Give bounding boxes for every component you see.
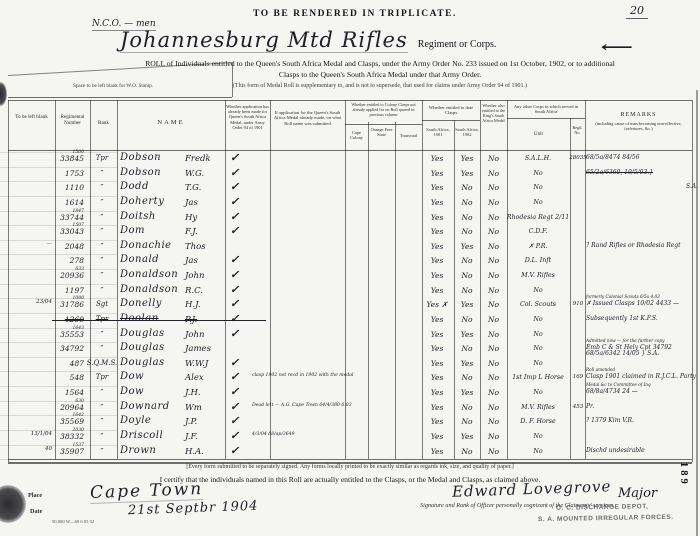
col-unit: Unit bbox=[507, 132, 570, 138]
row-guide-line bbox=[0, 415, 117, 416]
discharge-stamp-line1: O. C. DISCHARGE DEPOT, bbox=[556, 503, 648, 512]
row-guide-line bbox=[0, 430, 117, 431]
row-check: ✓ bbox=[230, 313, 248, 325]
row-sa02: No bbox=[454, 272, 480, 280]
roll-row: 1564″DowJ.H.✓YesYesNoNo68/8a/4734 24 —Me… bbox=[8, 386, 692, 401]
row-num: 548 bbox=[40, 374, 84, 382]
row-remarks2: Medal &c to Committee of Inq bbox=[586, 383, 698, 387]
row-sa01: Yes bbox=[420, 155, 454, 163]
row-remarks: S.A. bbox=[586, 184, 698, 190]
row-check: ✓ bbox=[230, 298, 248, 310]
signature-rank: Major bbox=[618, 486, 657, 501]
row-unit: No bbox=[505, 288, 571, 295]
row-surname: Dodd bbox=[120, 182, 190, 193]
col-if-app: If application for the Queen's South Afr… bbox=[272, 110, 343, 126]
row-num: 20936 bbox=[40, 272, 84, 280]
row-sa02: No bbox=[454, 418, 480, 426]
grid-vline bbox=[454, 120, 455, 459]
row-ksa: No bbox=[480, 155, 507, 163]
row-guide-line bbox=[0, 152, 117, 153]
row-check: ✓ bbox=[230, 211, 248, 223]
row-check: ✓ bbox=[230, 445, 248, 457]
row-surname: Donaldson bbox=[120, 285, 190, 296]
row-ksa: No bbox=[480, 418, 507, 426]
grid-vline bbox=[8, 100, 9, 462]
row-surname: Donelly bbox=[120, 299, 190, 310]
row-ksa: No bbox=[480, 433, 507, 441]
row-num: 38332 bbox=[40, 433, 84, 441]
row-unit: No bbox=[505, 332, 571, 339]
col-transvaal: Transvaal bbox=[395, 133, 422, 138]
row-guide-line bbox=[0, 459, 117, 460]
row-num: 20964 bbox=[40, 404, 84, 412]
row-ksa: No bbox=[480, 389, 507, 397]
grid-vline bbox=[395, 122, 396, 459]
grid-hline bbox=[345, 124, 422, 125]
col-blank: To be left blank bbox=[8, 114, 55, 120]
row-surname: Douglas bbox=[120, 358, 190, 369]
row-sa01: Yes bbox=[420, 418, 454, 426]
row-sa02: Yes bbox=[454, 433, 480, 441]
col-reg-no: Regimental Number bbox=[55, 114, 90, 126]
col-name: NAME bbox=[117, 119, 225, 127]
roll-row: 150033845TprDobsonFredk✓YesYesNoS.A.L.H.… bbox=[8, 152, 692, 167]
grid-vline bbox=[55, 100, 56, 459]
row-sa02: Yes bbox=[454, 155, 480, 163]
roll-row: 13/1/04203038332″DriscollJ.F.✓4/3/04 68/… bbox=[8, 430, 692, 445]
row-remarks2: Roll amended bbox=[586, 368, 698, 372]
roll-row: 164235569″DoyleJ.P.✓YesNoNoD. F. Horse? … bbox=[8, 415, 692, 430]
page-right-edge bbox=[696, 90, 698, 536]
row-sa01: Yes bbox=[420, 257, 454, 265]
row-guide-line bbox=[0, 269, 117, 270]
row-ksa: No bbox=[480, 243, 507, 251]
row-sa02: Yes bbox=[454, 360, 480, 368]
roll-row: 63320936″DonaldsonJohn✓YesNoNoM.V. Rifle… bbox=[8, 269, 692, 284]
row-sa01: Yes bbox=[420, 331, 454, 339]
print-code: 50,000 W—69 6 03 32 bbox=[52, 519, 94, 524]
row-guide-line bbox=[0, 196, 117, 197]
row-check: ✓ bbox=[230, 254, 248, 266]
medal-roll-document: N.C.O. — men TO BE RENDERED IN TRIPLICAT… bbox=[0, 0, 700, 536]
row-sa02: No bbox=[454, 316, 480, 324]
row-remarks2: formerly Colonial Scouts 6/5a 4.03 bbox=[586, 295, 698, 299]
row-unit: No bbox=[505, 171, 571, 178]
grid-vline bbox=[90, 100, 91, 459]
row-unit: No bbox=[505, 346, 571, 353]
roll-row: 1260TprDoolanP.J.✓YesNoNoNoSubsequently … bbox=[8, 313, 692, 328]
row-note: clasp 1902 not recd in 1902 with the med… bbox=[252, 374, 424, 379]
row-num: 33043 bbox=[40, 228, 84, 236]
col-sa1901: South Africa, 1901 bbox=[422, 127, 454, 137]
row-ksa: No bbox=[480, 184, 507, 192]
row-sa01: Yes bbox=[420, 228, 454, 236]
row-ksa: No bbox=[480, 301, 507, 309]
row-ksa: No bbox=[480, 360, 507, 368]
row-sa01: Yes bbox=[420, 448, 454, 456]
grid-hline bbox=[8, 150, 692, 151]
row-num: 1564 bbox=[40, 389, 84, 397]
row-ksa: No bbox=[480, 257, 507, 265]
row-ksa: No bbox=[480, 345, 507, 353]
row-sa01: Yes bbox=[420, 184, 454, 192]
row-check: ✓ bbox=[230, 401, 248, 413]
row-remarks2: Admitted now — for the further copy bbox=[586, 339, 698, 343]
grid-vline bbox=[345, 100, 346, 459]
wo-stamp-box-label: Space to be left blank for W.O. Stamp. bbox=[18, 83, 208, 89]
row-remarks: ? 1379 Kim V.R. bbox=[586, 418, 698, 424]
row-unit: Rhodesia Regt 2/11 bbox=[505, 215, 571, 222]
row-guide-line bbox=[0, 357, 117, 358]
row-remarks: Subsequently 1st K.F.S. bbox=[586, 316, 698, 322]
row-num: 35569 bbox=[40, 418, 84, 426]
row-check: ✓ bbox=[230, 371, 248, 383]
row-surname: Driscoll bbox=[120, 431, 190, 442]
row-check: ✓ bbox=[230, 225, 248, 237]
row-guide-line bbox=[0, 284, 117, 285]
row-unit: D. F. Horse bbox=[505, 419, 571, 426]
roll-row: 1110″DoddT.G.✓YesNoNoNoS.A. bbox=[8, 181, 692, 196]
row-guide-line bbox=[0, 386, 117, 387]
col-corps-group: Any other Corps in which served in South… bbox=[509, 104, 583, 115]
grid-hline bbox=[8, 100, 692, 101]
row-remarks: Clasp 1901 claimed in R.J.C.L. Party bbox=[586, 374, 698, 380]
col-date-group: Whether entitled to date Clasps bbox=[424, 105, 478, 116]
row-num: 2048 bbox=[40, 243, 84, 251]
grid-vline bbox=[507, 100, 508, 459]
roll-row: 150733043″DomF.J.✓YesNoNoC.D.F. bbox=[8, 225, 692, 240]
row-guide-line bbox=[0, 371, 117, 372]
row-guide-line bbox=[0, 181, 117, 182]
row-sa02: Yes bbox=[454, 243, 480, 251]
ink-blob-left-mid bbox=[0, 82, 7, 106]
row-unit: No bbox=[505, 390, 571, 397]
grid-vline bbox=[270, 100, 271, 459]
row-ksa: No bbox=[480, 272, 507, 280]
row-surname: Donald bbox=[120, 255, 190, 266]
row-ksa: No bbox=[480, 331, 507, 339]
roll-row: 63020964″DownardWm✓Dead lett — A.G. Cape… bbox=[8, 401, 692, 416]
row-sa02: No bbox=[454, 184, 480, 192]
row-sa01: Yes bbox=[420, 272, 454, 280]
row-remarks: Dischd undesirable bbox=[586, 448, 698, 454]
row-sa01: Yes bbox=[420, 345, 454, 353]
row-remarks: ✗ Issued Clasps 10/02 4433 — bbox=[586, 301, 698, 307]
triplicate-title: TO BE RENDERED IN TRIPLICATE. bbox=[190, 9, 520, 19]
row-remarks: 65/2a/6360, 19/5/03.} bbox=[586, 170, 698, 176]
col-cape: Cape Colony bbox=[345, 130, 368, 140]
row-unit: ✗ P.R. bbox=[505, 244, 571, 251]
row-sa01: Yes bbox=[420, 389, 454, 397]
stamp-box-bottom bbox=[8, 97, 232, 98]
row-sa01: Yes bbox=[420, 360, 454, 368]
row-surname: Drown bbox=[120, 446, 190, 457]
row-sa01: Yes bbox=[420, 287, 454, 295]
row-unit: No bbox=[505, 185, 571, 192]
row-guide-line bbox=[0, 445, 117, 446]
roll-row: 1753″DobsonW.G.✓YesYesNoNo65/2a/6360, 19… bbox=[8, 167, 692, 182]
folio-number: 189 bbox=[678, 462, 689, 487]
row-surname: Donaldson bbox=[120, 270, 190, 281]
col-ofs: Orange Free State bbox=[368, 127, 395, 137]
arrow-icon: ⟵ bbox=[601, 38, 633, 56]
row-sa02: No bbox=[454, 287, 480, 295]
row-surname: Dow bbox=[120, 387, 190, 398]
row-num: 31786 bbox=[40, 301, 84, 309]
row-remarks: 68/8a/4734 24 — bbox=[586, 389, 698, 395]
row-sa02: No bbox=[454, 448, 480, 456]
row-sa02: Yes bbox=[454, 170, 480, 178]
grid-vline bbox=[692, 100, 693, 462]
row-num: 34792 bbox=[40, 345, 84, 353]
row-check: ✓ bbox=[230, 284, 248, 296]
row-guide-line bbox=[0, 298, 117, 299]
row-surname: Douglas bbox=[120, 329, 190, 340]
row-surname: Dobson bbox=[120, 168, 190, 179]
row-remarks: 68/5a/8474 84/56 bbox=[586, 155, 698, 161]
grid-vline bbox=[570, 118, 571, 459]
regiment-label: Regiment or Corps. bbox=[418, 39, 497, 50]
row-guide-line bbox=[0, 342, 117, 343]
row-note: 4/3/04 68/ap/3649 bbox=[252, 433, 424, 438]
place-label: Place bbox=[28, 492, 42, 499]
row-strike-line bbox=[52, 320, 266, 321]
roll-row: 278″DonaldJas✓YesNoNoD.L. Inft bbox=[8, 254, 692, 269]
row-sa02: No bbox=[454, 257, 480, 265]
roll-row: 34792″DouglasJamesYesNoNoNoEmb C & St He… bbox=[8, 342, 692, 357]
row-guide-line bbox=[0, 167, 117, 168]
row-check: ✓ bbox=[230, 269, 248, 281]
row-num: 35907 bbox=[40, 448, 84, 456]
row-unit: Col. Scouts bbox=[505, 302, 571, 309]
row-guide-line bbox=[0, 240, 117, 241]
ink-blob-bottom-left bbox=[0, 485, 26, 523]
row-sa01: Yes bbox=[420, 199, 454, 207]
roll-row: 40153735907″DrownH.A.✓YesNoNoNoDischd un… bbox=[8, 445, 692, 460]
row-sa01: Yes bbox=[420, 214, 454, 222]
row-guide-line bbox=[0, 328, 117, 329]
row-sa01: Yes bbox=[420, 433, 454, 441]
row-guide-line bbox=[0, 313, 117, 314]
col-regtl-no: Regtl. No. bbox=[570, 126, 585, 136]
bracket-note: [Every form submitted to be separately s… bbox=[80, 464, 620, 470]
grid-vline bbox=[117, 100, 118, 459]
roll-row: 23/04108031786SgtDonellyH.J.✓Yes ✗YesNoC… bbox=[8, 298, 692, 313]
col-rank: Rank bbox=[90, 120, 117, 126]
row-check: ✓ bbox=[230, 386, 248, 398]
row-check: ✓ bbox=[230, 328, 248, 340]
row-sa01: Yes bbox=[420, 243, 454, 251]
row-sa02: Yes bbox=[454, 389, 480, 397]
row-sa02: No bbox=[454, 199, 480, 207]
row-check: ✓ bbox=[230, 167, 248, 179]
row-unit: M.V. Rifles bbox=[505, 405, 571, 412]
row-sa02: Yes bbox=[454, 331, 480, 339]
col-colony-group: Whether entitled to Colony Clasps not al… bbox=[346, 103, 421, 118]
discharge-stamp-line2: S. A. MOUNTED IRREGULAR FORCES. bbox=[538, 514, 674, 523]
grid-vline bbox=[422, 100, 423, 459]
row-guide-line bbox=[0, 401, 117, 402]
grid-vline bbox=[480, 100, 481, 459]
stamp-box-right bbox=[232, 63, 233, 97]
row-ksa: No bbox=[480, 228, 507, 236]
row-sa01: Yes ✗ bbox=[420, 301, 454, 309]
row-check: ✓ bbox=[230, 430, 248, 442]
col-remarks-sub: (including cause of man becoming non-eff… bbox=[593, 121, 684, 131]
row-num: 1614 bbox=[40, 199, 84, 207]
row-unit: 1st Imp L Horse bbox=[505, 375, 571, 382]
col-sa1902: South Africa, 1902 bbox=[454, 127, 480, 137]
row-unit: D.L. Inft bbox=[505, 258, 571, 265]
row-note: Dead lett — A.G. Cape Town 64/4/380 6.03 bbox=[252, 404, 424, 409]
row-num: 35553 bbox=[40, 331, 84, 339]
grid-vline bbox=[368, 122, 369, 459]
row-unit: No bbox=[505, 317, 571, 324]
page-number: 20 bbox=[626, 4, 648, 19]
row-num: 33845 bbox=[40, 155, 84, 163]
col-wh-app: Whether application has already been mad… bbox=[226, 104, 269, 130]
col-ksa: Whether also entitled to the King's Sout… bbox=[481, 104, 506, 124]
row-surname: Doherty bbox=[120, 197, 190, 208]
date-value: 21st Septbr 1904 bbox=[128, 499, 259, 519]
row-unit: S.A.L.H. bbox=[505, 156, 571, 163]
row-surname: Doyle bbox=[120, 416, 190, 427]
row-sa01: Yes bbox=[420, 316, 454, 324]
row-check: ✓ bbox=[230, 357, 248, 369]
grid-vline bbox=[585, 100, 586, 459]
row-ksa: No bbox=[480, 287, 507, 295]
row-surname: Dom bbox=[120, 226, 190, 237]
row-sa01: Yes bbox=[420, 374, 454, 382]
row-surname: Douglas bbox=[120, 343, 190, 354]
row-num: 1753 bbox=[40, 170, 84, 178]
row-guide-line bbox=[0, 211, 117, 212]
row-sa01: Yes bbox=[420, 170, 454, 178]
row-sa02: Yes bbox=[454, 301, 480, 309]
row-sa02: No bbox=[454, 404, 480, 412]
grid-hline bbox=[507, 118, 585, 119]
row-sa02: No bbox=[454, 214, 480, 222]
row-unit: M.V. Rifles bbox=[505, 273, 571, 280]
row-sa01: Yes bbox=[420, 404, 454, 412]
row-remarks: Pr. bbox=[586, 404, 698, 410]
row-unit: No bbox=[505, 449, 571, 456]
date-label: Date bbox=[30, 508, 42, 515]
row-num: 1197 bbox=[40, 287, 84, 295]
grid-hline bbox=[422, 120, 480, 121]
row-unit: C.D.F. bbox=[505, 229, 571, 236]
row-ksa: No bbox=[480, 374, 507, 382]
row-num: 33744 bbox=[40, 214, 84, 222]
row-surname: Dobson bbox=[120, 153, 190, 164]
row-unit: No bbox=[505, 434, 571, 441]
row-ksa: No bbox=[480, 170, 507, 178]
row-check: ✓ bbox=[230, 415, 248, 427]
row-guide-line bbox=[0, 225, 117, 226]
grid-vline bbox=[225, 100, 226, 459]
roll-row: —2048″DonachieThosYesYesNo✗ P.R.? Rand R… bbox=[8, 240, 692, 255]
col-remarks-title: REMARKS bbox=[585, 112, 692, 119]
row-unit: No bbox=[505, 200, 571, 207]
row-sa02: No bbox=[454, 345, 480, 353]
row-check: ✓ bbox=[230, 196, 248, 208]
row-surname: Dow bbox=[120, 372, 190, 383]
row-surname: Donachie bbox=[120, 241, 190, 252]
row-guide-line bbox=[0, 254, 117, 255]
row-ksa: No bbox=[480, 448, 507, 456]
roll-line2: Clasps to the Queen's South Africa Medal… bbox=[70, 70, 690, 79]
regiment-name: Johannesburg Mtd Rifles bbox=[120, 28, 408, 53]
row-ksa: No bbox=[480, 214, 507, 222]
row-sa02: No bbox=[454, 228, 480, 236]
row-ksa: No bbox=[480, 199, 507, 207]
roll-row: 1614″DohertyJas✓YesNoNoNo bbox=[8, 196, 692, 211]
row-unit: No bbox=[505, 361, 571, 368]
row-ksa: No bbox=[480, 404, 507, 412]
row-surname: Downard bbox=[120, 402, 190, 413]
row-ksa: No bbox=[480, 316, 507, 324]
row-check: ✓ bbox=[230, 152, 248, 164]
row-check: ✓ bbox=[230, 181, 248, 193]
regiment-line: Johannesburg Mtd Rifles Regiment or Corp… bbox=[120, 28, 496, 52]
roll-row: 184733744″DoitshHy✓YesNoNoRhodesia Regt … bbox=[8, 211, 692, 226]
row-sa02: No bbox=[454, 374, 480, 382]
row-remarks: ? Rand Rifles or Rhodesia Regt bbox=[586, 243, 698, 249]
row-num: 278 bbox=[40, 257, 84, 265]
row-surname: Doitsh bbox=[120, 212, 190, 223]
row-num: 487 bbox=[40, 360, 84, 368]
row-num: 1110 bbox=[40, 184, 84, 192]
